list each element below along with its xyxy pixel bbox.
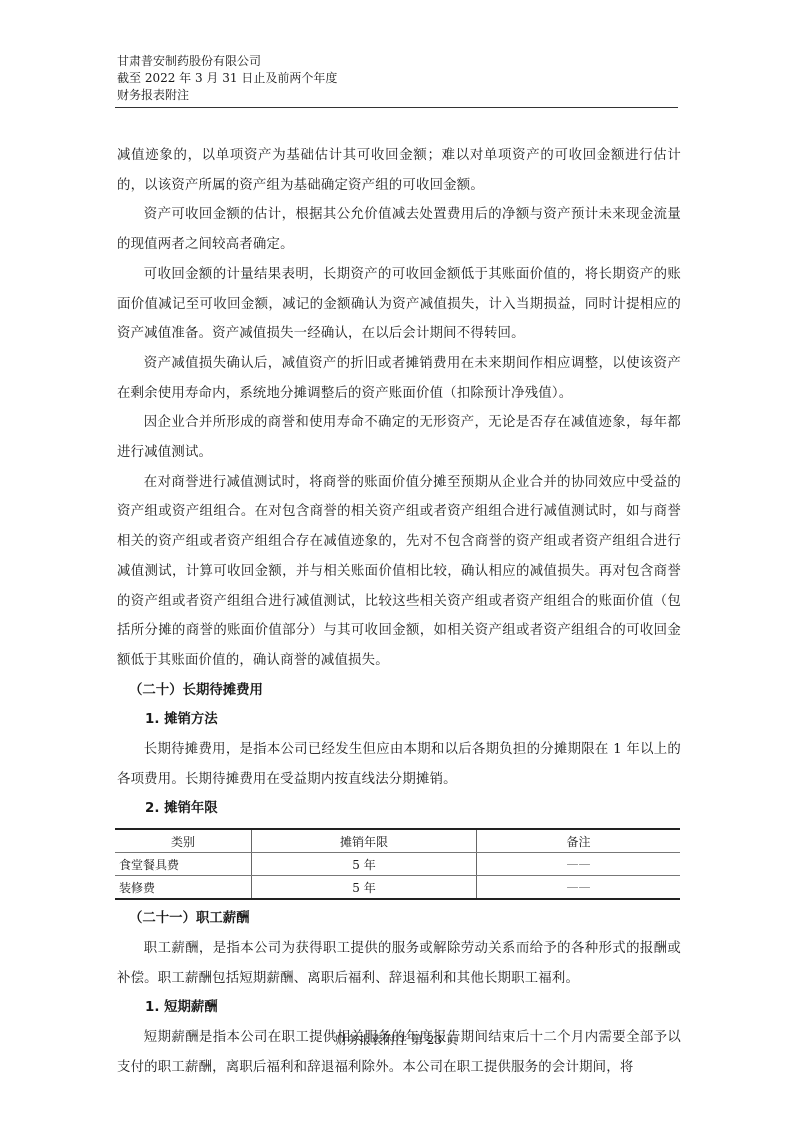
report-period: 截至 2022 年 3 月 31 日止及前两个年度 [117,70,677,87]
column-header: 摊销年限 [252,829,477,853]
table-cell: 食堂餐具费 [115,853,252,876]
amortization-table: 类别 摊销年限 备注 食堂餐具费 5 年 —— 装修费 5 年 —— [115,828,680,900]
table-cell: —— [477,853,681,876]
page-footer: 财务报表附注 第 23 页 [0,1031,793,1048]
paragraph: 职工薪酬，是指本公司为获得职工提供的服务或解除劳动关系而给予的各种形式的报酬或补… [117,934,681,993]
paragraph: 可收回金额的计量结果表明，长期资产的可收回金额低于其账面价值的，将长期资产的账面… [117,260,681,349]
header-divider [115,107,678,108]
table-header-row: 类别 摊销年限 备注 [115,829,680,853]
section-heading: （二十一）职工薪酬 [117,904,681,934]
paragraph: 资产可收回金额的估计，根据其公允价值减去处置费用后的净额与资产预计未来现金流量的… [117,200,681,259]
table-row: 装修费 5 年 —— [115,876,680,900]
table-cell: —— [477,876,681,900]
page-header: 甘肃普安制药股份有限公司 截至 2022 年 3 月 31 日止及前两个年度 财… [117,53,677,104]
subsection-heading: 2. 摊销年限 [117,794,681,824]
paragraph: 资产减值损失确认后，减值资产的折旧或者摊销费用在未来期间作相应调整，以使该资产在… [117,349,681,408]
page-content: 减值迹象的，以单项资产为基础估计其可收回金额；难以对单项资产的可收回金额进行估计… [117,141,681,1082]
paragraph: 长期待摊费用，是指本公司已经发生但应由本期和以后各期负担的分摊期限在 1 年以上… [117,735,681,794]
paragraph: 因企业合并所形成的商誉和使用寿命不确定的无形资产，无论是否存在减值迹象，每年都进… [117,408,681,467]
subsection-heading: 1. 摊销方法 [117,705,681,735]
table-cell: 5 年 [252,876,477,900]
column-header: 类别 [115,829,252,853]
paragraph: 减值迹象的，以单项资产为基础估计其可收回金额；难以对单项资产的可收回金额进行估计… [117,141,681,200]
document-title: 财务报表附注 [117,87,677,104]
company-name: 甘肃普安制药股份有限公司 [117,53,677,70]
table-row: 食堂餐具费 5 年 —— [115,853,680,876]
table-cell: 装修费 [115,876,252,900]
subsection-heading: 1. 短期薪酬 [117,993,681,1023]
section-heading: （二十）长期待摊费用 [117,676,681,706]
paragraph: 在对商誉进行减值测试时，将商誉的账面价值分摊至预期从企业合并的协同效应中受益的资… [117,468,681,676]
table-cell: 5 年 [252,853,477,876]
column-header: 备注 [477,829,681,853]
